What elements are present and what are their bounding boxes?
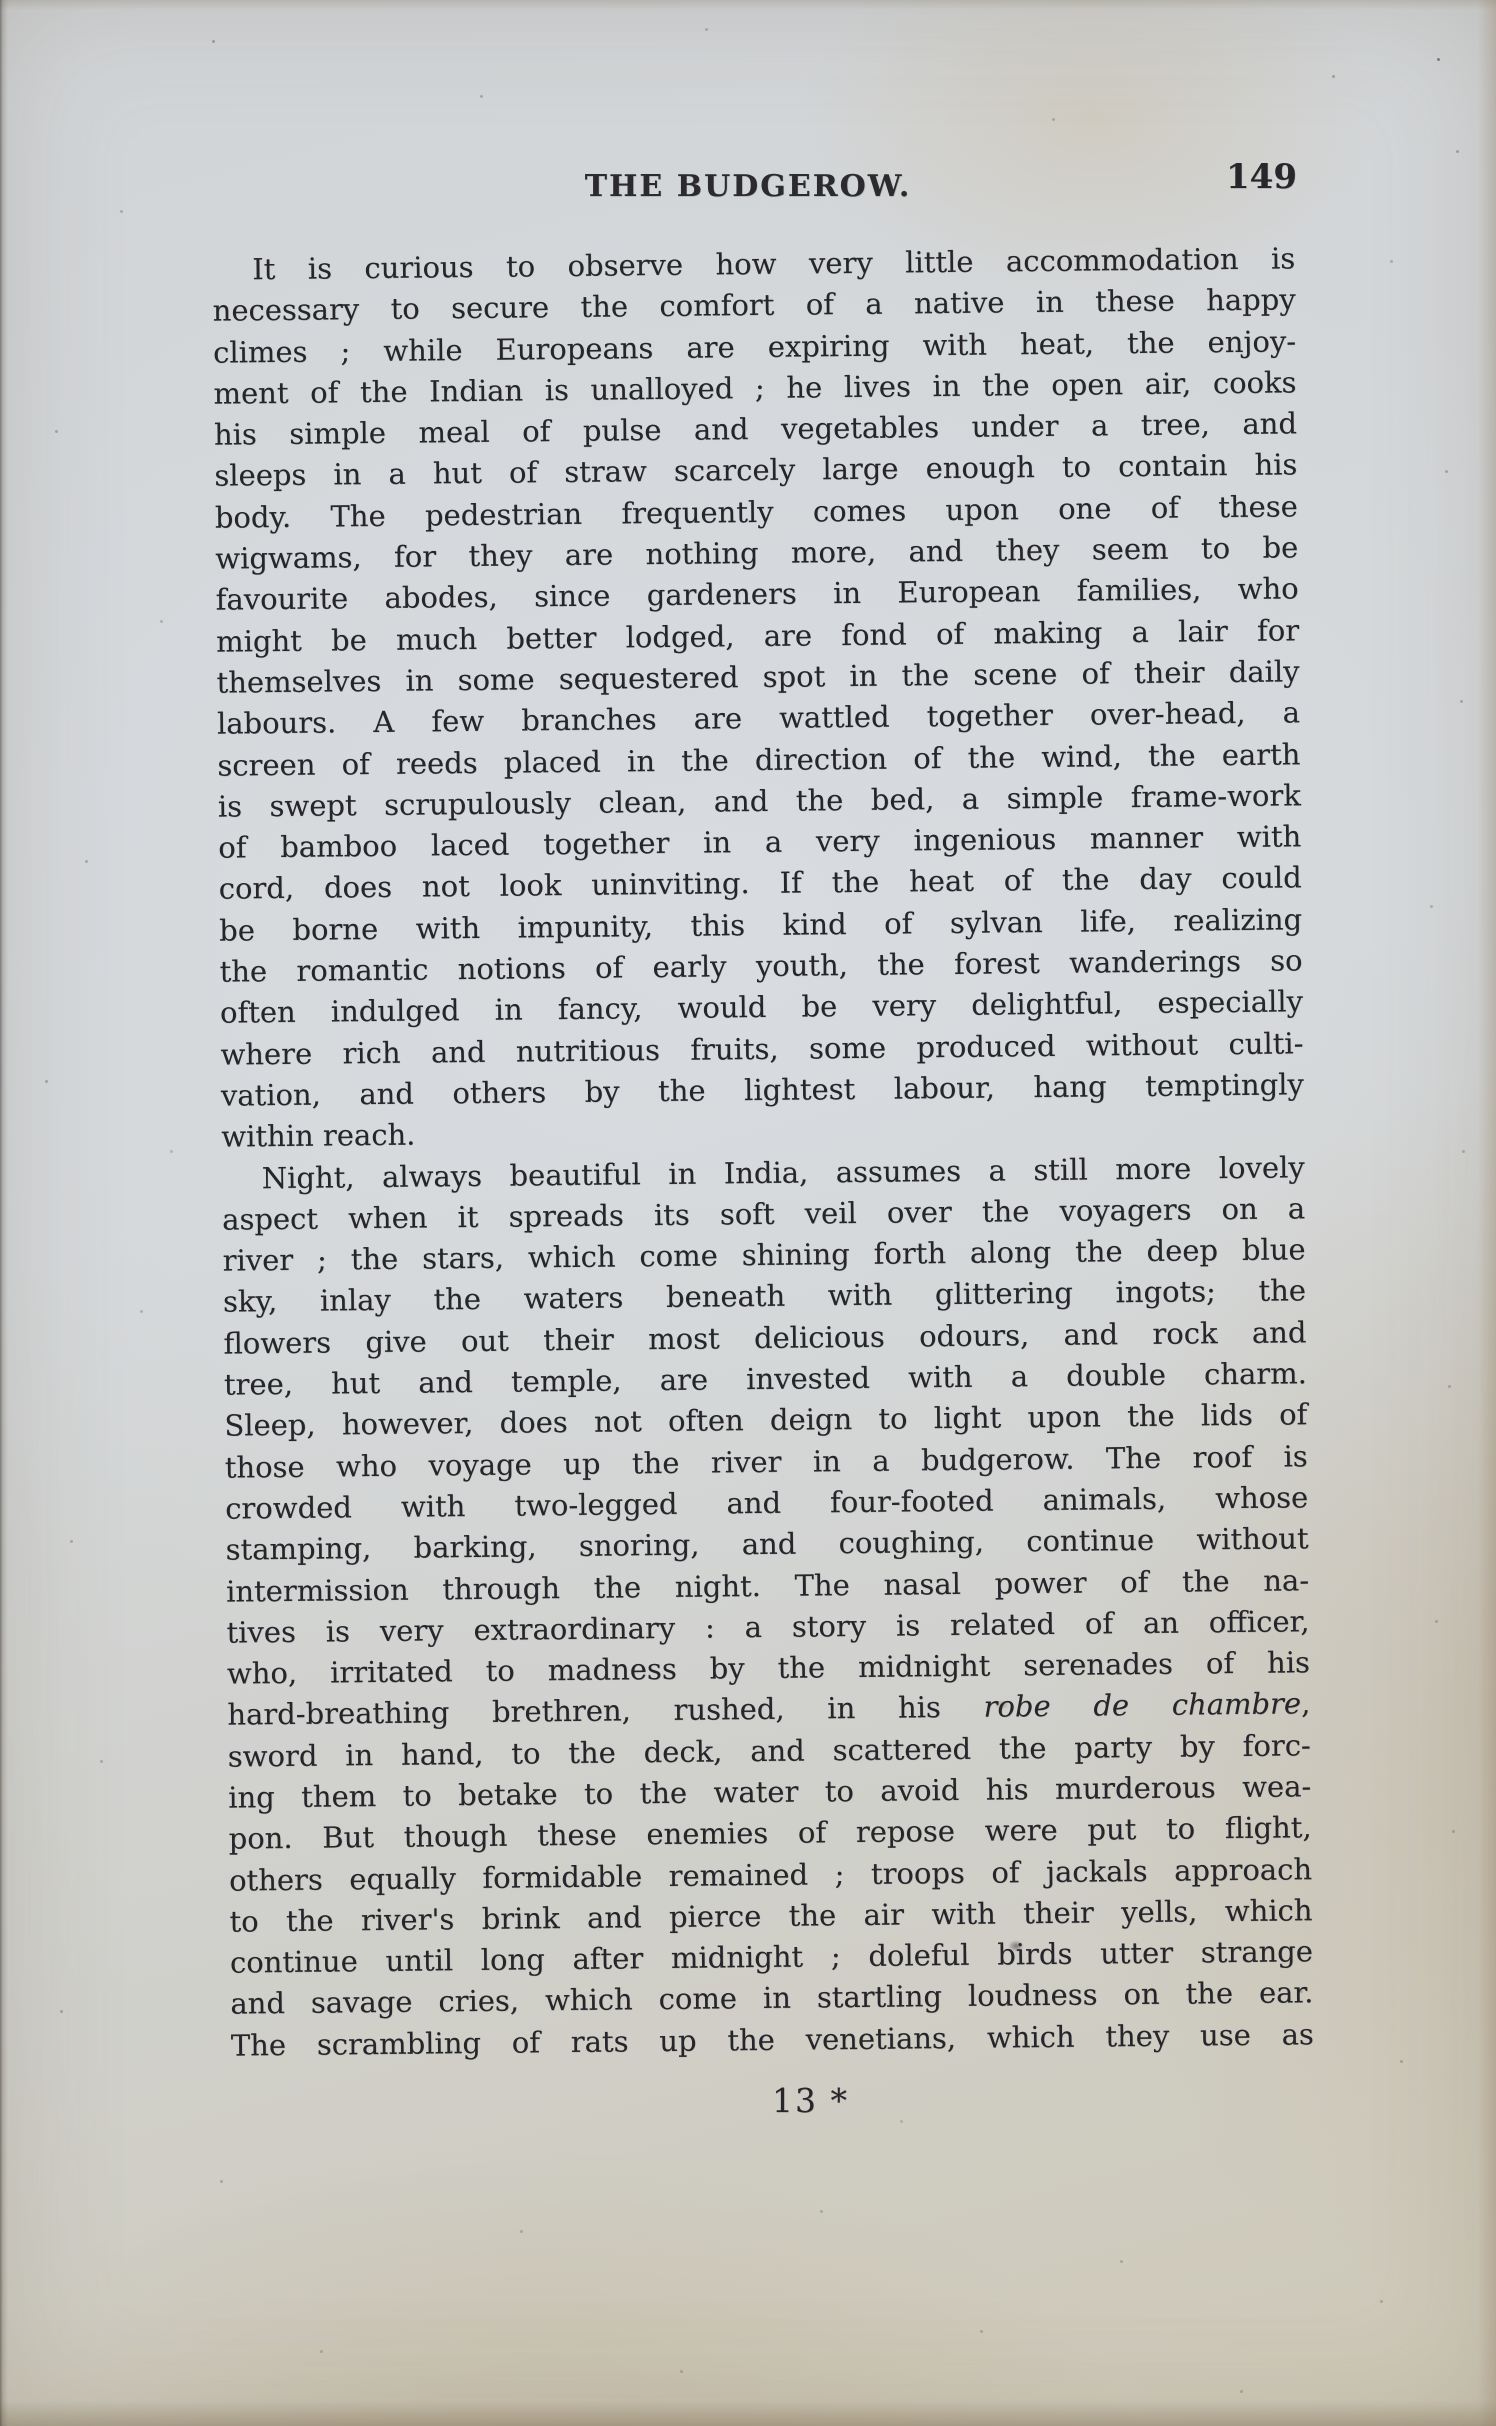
page-text-block: It is curious to observe how very little… [212,238,1314,2066]
paragraph: Night, always beautiful in India, assume… [222,1147,1314,2067]
book-page: THE BUDGEROW. 149 It is curious to obser… [0,0,1496,2426]
text-segment: hard-breathing brethren, rushed, in his [227,1690,984,1732]
page-number: 149 [1226,160,1297,194]
paper-speckles [0,0,3,3]
paragraph: It is curious to observe how very little… [212,238,1304,1158]
italic-phrase: robe de chambre [983,1687,1301,1724]
text-segment: , [1301,1687,1311,1721]
signature-mark: 13 * [772,2084,849,2117]
